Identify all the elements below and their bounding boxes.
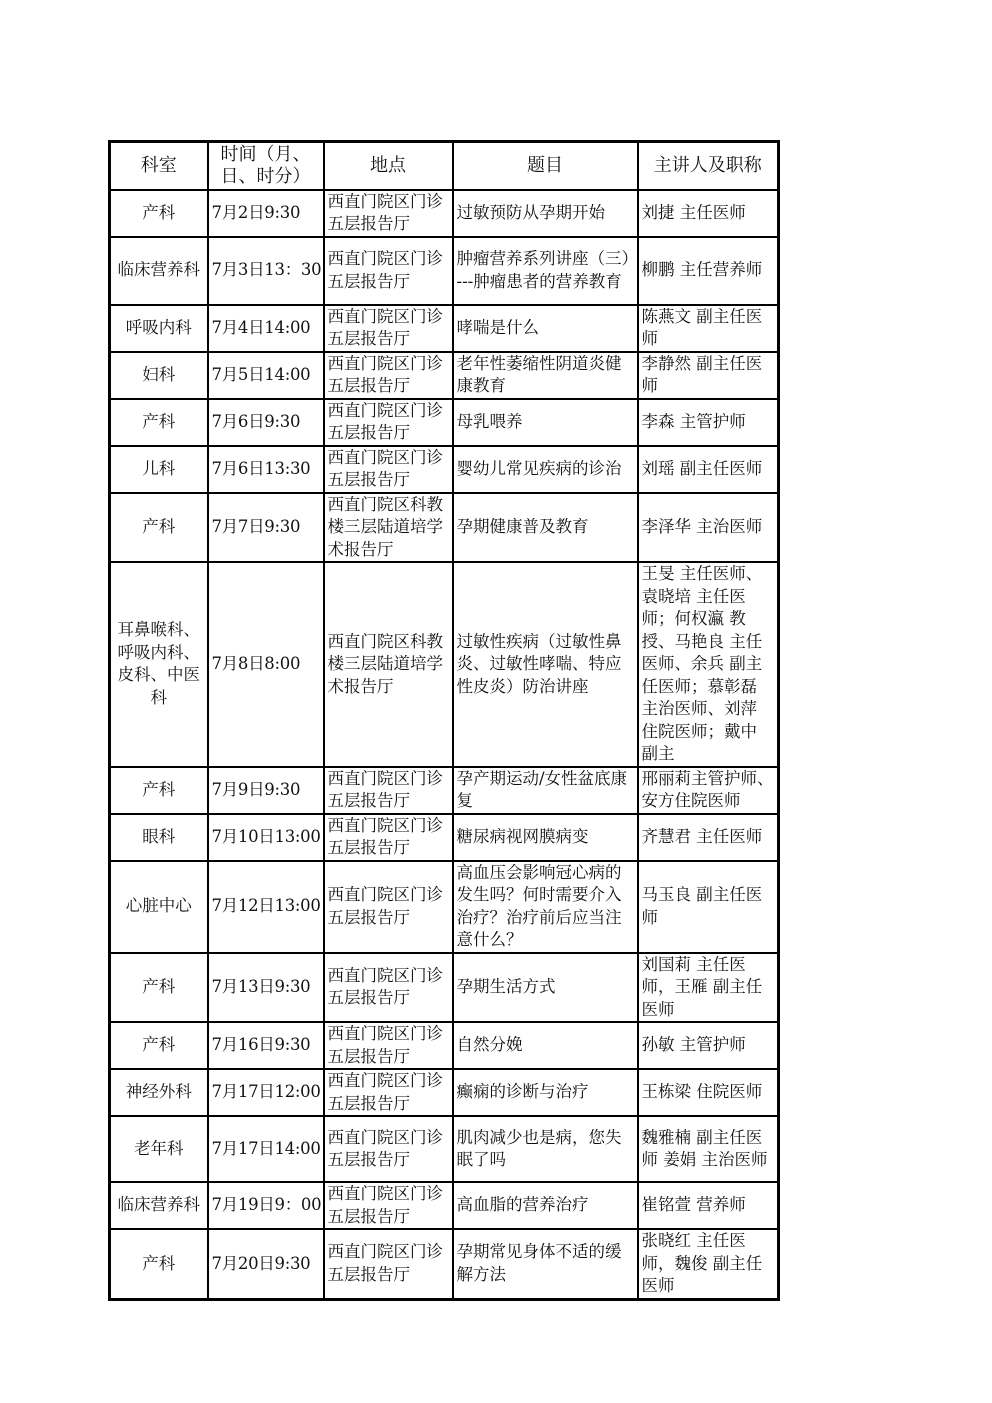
cell-time: 7月17日14:00 bbox=[208, 1116, 324, 1182]
cell-time: 7月19日9：00 bbox=[208, 1182, 324, 1229]
header-time: 时间（月、日、时分） bbox=[208, 142, 324, 190]
cell-topic: 孕产期运动/女性盆底康复 bbox=[453, 767, 638, 814]
cell-speaker: 李泽华 主治医师 bbox=[638, 493, 779, 563]
cell-topic: 孕期健康普及教育 bbox=[453, 493, 638, 563]
cell-location: 西直门院区门诊五层报告厅 bbox=[324, 1116, 453, 1182]
cell-dept: 产科 bbox=[110, 493, 208, 563]
cell-time: 7月8日8:00 bbox=[208, 562, 324, 767]
cell-dept: 产科 bbox=[110, 1229, 208, 1299]
cell-speaker: 邢丽莉主管护师、安方住院医师 bbox=[638, 767, 779, 814]
cell-topic: 高血压会影响冠心病的发生吗？何时需要介入治疗？治疗前后应当注意什么？ bbox=[453, 861, 638, 953]
cell-topic: 糖尿病视网膜病变 bbox=[453, 814, 638, 861]
cell-time: 7月6日13:30 bbox=[208, 446, 324, 493]
table-row: 产科7月20日9:30西直门院区门诊五层报告厅孕期常见身体不适的缓解方法张晓红 … bbox=[110, 1229, 779, 1299]
cell-time: 7月16日9:30 bbox=[208, 1022, 324, 1069]
header-dept: 科室 bbox=[110, 142, 208, 190]
table-row: 产科7月6日9:30西直门院区门诊五层报告厅母乳喂养李森 主管护师 bbox=[110, 399, 779, 446]
cell-dept: 临床营养科 bbox=[110, 1182, 208, 1229]
cell-speaker: 魏雅楠 副主任医师 姜娟 主治医师 bbox=[638, 1116, 779, 1182]
table-row: 耳鼻喉科、呼吸内科、皮科、中医科7月8日8:00西直门院区科教楼三层陆道培学术报… bbox=[110, 562, 779, 767]
cell-location: 西直门院区门诊五层报告厅 bbox=[324, 237, 453, 305]
cell-dept: 眼科 bbox=[110, 814, 208, 861]
table-row: 临床营养科7月19日9：00西直门院区门诊五层报告厅高血脂的营养治疗崔铭萱 营养… bbox=[110, 1182, 779, 1229]
cell-dept: 产科 bbox=[110, 190, 208, 237]
cell-location: 西直门院区门诊五层报告厅 bbox=[324, 399, 453, 446]
cell-time: 7月4日14:00 bbox=[208, 305, 324, 352]
cell-dept: 产科 bbox=[110, 399, 208, 446]
cell-location: 西直门院区科教楼三层陆道培学术报告厅 bbox=[324, 562, 453, 767]
table-row: 产科7月7日9:30西直门院区科教楼三层陆道培学术报告厅孕期健康普及教育李泽华 … bbox=[110, 493, 779, 563]
cell-location: 西直门院区门诊五层报告厅 bbox=[324, 767, 453, 814]
table-row: 产科7月13日9:30西直门院区门诊五层报告厅孕期生活方式刘国莉 主任医师，王雁… bbox=[110, 953, 779, 1023]
cell-topic: 肿瘤营养系列讲座（三）---肿瘤患者的营养教育 bbox=[453, 237, 638, 305]
cell-speaker: 刘国莉 主任医师，王雁 副主任医师 bbox=[638, 953, 779, 1023]
cell-speaker: 王旻 主任医师、袁晓培 主任医师；何权瀛 教授、马艳良 主任医师、余兵 副主任医… bbox=[638, 562, 779, 767]
cell-dept: 儿科 bbox=[110, 446, 208, 493]
cell-speaker: 王栋梁 住院医师 bbox=[638, 1069, 779, 1116]
cell-time: 7月6日9:30 bbox=[208, 399, 324, 446]
header-location: 地点 bbox=[324, 142, 453, 190]
cell-location: 西直门院区门诊五层报告厅 bbox=[324, 1182, 453, 1229]
cell-speaker: 崔铭萱 营养师 bbox=[638, 1182, 779, 1229]
cell-topic: 过敏性疾病（过敏性鼻炎、过敏性哮喘、特应性皮炎）防治讲座 bbox=[453, 562, 638, 767]
cell-time: 7月3日13：30 bbox=[208, 237, 324, 305]
cell-speaker: 马玉良 副主任医师 bbox=[638, 861, 779, 953]
table-row: 眼科7月10日13:00西直门院区门诊五层报告厅糖尿病视网膜病变齐慧君 主任医师 bbox=[110, 814, 779, 861]
table-row: 老年科7月17日14:00西直门院区门诊五层报告厅肌肉减少也是病，您失眠了吗魏雅… bbox=[110, 1116, 779, 1182]
cell-location: 西直门院区门诊五层报告厅 bbox=[324, 861, 453, 953]
cell-dept: 老年科 bbox=[110, 1116, 208, 1182]
table-row: 呼吸内科7月4日14:00西直门院区门诊五层报告厅哮喘是什么陈燕文 副主任医师 bbox=[110, 305, 779, 352]
table-row: 妇科7月5日14:00西直门院区门诊五层报告厅老年性萎缩性阴道炎健康教育李静然 … bbox=[110, 352, 779, 399]
cell-topic: 肌肉减少也是病，您失眠了吗 bbox=[453, 1116, 638, 1182]
cell-time: 7月2日9:30 bbox=[208, 190, 324, 237]
cell-speaker: 齐慧君 主任医师 bbox=[638, 814, 779, 861]
cell-location: 西直门院区门诊五层报告厅 bbox=[324, 814, 453, 861]
cell-dept: 妇科 bbox=[110, 352, 208, 399]
table-row: 神经外科7月17日12:00西直门院区门诊五层报告厅癫痫的诊断与治疗王栋梁 住院… bbox=[110, 1069, 779, 1116]
lecture-schedule-table: 科室 时间（月、日、时分） 地点 题目 主讲人及职称 产科7月2日9:30西直门… bbox=[108, 140, 780, 1301]
cell-topic: 母乳喂养 bbox=[453, 399, 638, 446]
cell-dept: 产科 bbox=[110, 953, 208, 1023]
cell-dept: 临床营养科 bbox=[110, 237, 208, 305]
cell-time: 7月9日9:30 bbox=[208, 767, 324, 814]
cell-topic: 自然分娩 bbox=[453, 1022, 638, 1069]
cell-time: 7月12日13:00 bbox=[208, 861, 324, 953]
cell-dept: 神经外科 bbox=[110, 1069, 208, 1116]
cell-topic: 过敏预防从孕期开始 bbox=[453, 190, 638, 237]
cell-dept: 产科 bbox=[110, 767, 208, 814]
cell-time: 7月17日12:00 bbox=[208, 1069, 324, 1116]
cell-speaker: 刘捷 主任医师 bbox=[638, 190, 779, 237]
cell-speaker: 张晓红 主任医师，魏俊 副主任医师 bbox=[638, 1229, 779, 1299]
cell-speaker: 柳鹏 主任营养师 bbox=[638, 237, 779, 305]
cell-time: 7月10日13:00 bbox=[208, 814, 324, 861]
cell-location: 西直门院区门诊五层报告厅 bbox=[324, 446, 453, 493]
table-row: 临床营养科7月3日13：30西直门院区门诊五层报告厅肿瘤营养系列讲座（三）---… bbox=[110, 237, 779, 305]
cell-location: 西直门院区门诊五层报告厅 bbox=[324, 1022, 453, 1069]
cell-topic: 老年性萎缩性阴道炎健康教育 bbox=[453, 352, 638, 399]
cell-location: 西直门院区门诊五层报告厅 bbox=[324, 953, 453, 1023]
cell-speaker: 李静然 副主任医师 bbox=[638, 352, 779, 399]
cell-topic: 癫痫的诊断与治疗 bbox=[453, 1069, 638, 1116]
table-row: 产科7月9日9:30西直门院区门诊五层报告厅孕产期运动/女性盆底康复邢丽莉主管护… bbox=[110, 767, 779, 814]
cell-dept: 耳鼻喉科、呼吸内科、皮科、中医科 bbox=[110, 562, 208, 767]
table-row: 心脏中心7月12日13:00西直门院区门诊五层报告厅高血压会影响冠心病的发生吗？… bbox=[110, 861, 779, 953]
cell-location: 西直门院区门诊五层报告厅 bbox=[324, 1069, 453, 1116]
table-row: 产科7月2日9:30西直门院区门诊五层报告厅过敏预防从孕期开始刘捷 主任医师 bbox=[110, 190, 779, 237]
cell-time: 7月20日9:30 bbox=[208, 1229, 324, 1299]
cell-time: 7月13日9:30 bbox=[208, 953, 324, 1023]
cell-location: 西直门院区门诊五层报告厅 bbox=[324, 1229, 453, 1299]
table-row: 儿科7月6日13:30西直门院区门诊五层报告厅婴幼儿常见疾病的诊治刘瑶 副主任医… bbox=[110, 446, 779, 493]
table-row: 产科7月16日9:30西直门院区门诊五层报告厅自然分娩孙敏 主管护师 bbox=[110, 1022, 779, 1069]
cell-location: 西直门院区门诊五层报告厅 bbox=[324, 305, 453, 352]
cell-location: 西直门院区门诊五层报告厅 bbox=[324, 190, 453, 237]
cell-speaker: 刘瑶 副主任医师 bbox=[638, 446, 779, 493]
cell-topic: 高血脂的营养治疗 bbox=[453, 1182, 638, 1229]
cell-dept: 呼吸内科 bbox=[110, 305, 208, 352]
cell-topic: 哮喘是什么 bbox=[453, 305, 638, 352]
cell-time: 7月7日9:30 bbox=[208, 493, 324, 563]
header-speaker: 主讲人及职称 bbox=[638, 142, 779, 190]
cell-dept: 心脏中心 bbox=[110, 861, 208, 953]
header-topic: 题目 bbox=[453, 142, 638, 190]
cell-time: 7月5日14:00 bbox=[208, 352, 324, 399]
cell-speaker: 陈燕文 副主任医师 bbox=[638, 305, 779, 352]
cell-topic: 婴幼儿常见疾病的诊治 bbox=[453, 446, 638, 493]
cell-dept: 产科 bbox=[110, 1022, 208, 1069]
cell-topic: 孕期常见身体不适的缓解方法 bbox=[453, 1229, 638, 1299]
header-row: 科室 时间（月、日、时分） 地点 题目 主讲人及职称 bbox=[110, 142, 779, 190]
cell-location: 西直门院区科教楼三层陆道培学术报告厅 bbox=[324, 493, 453, 563]
cell-speaker: 孙敏 主管护师 bbox=[638, 1022, 779, 1069]
cell-topic: 孕期生活方式 bbox=[453, 953, 638, 1023]
cell-speaker: 李森 主管护师 bbox=[638, 399, 779, 446]
cell-location: 西直门院区门诊五层报告厅 bbox=[324, 352, 453, 399]
